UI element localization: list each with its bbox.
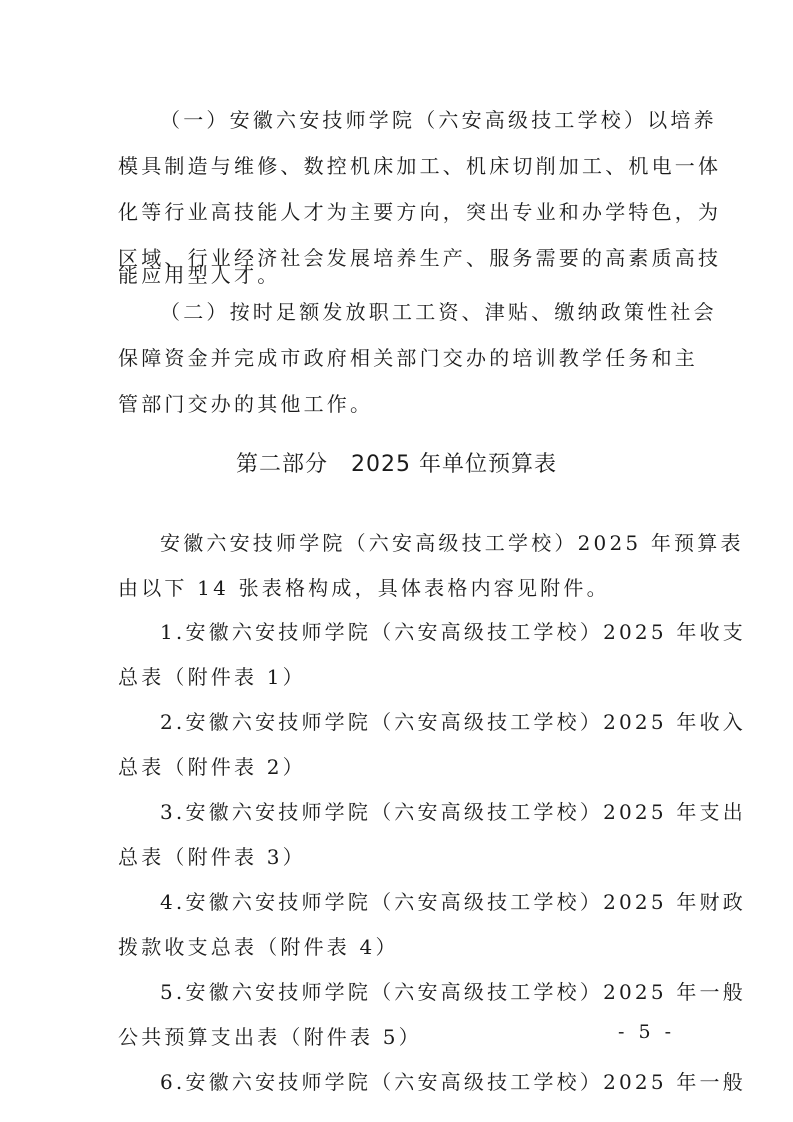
text-line: 由以下 14 张表格构成，具体表格内容见附件。 xyxy=(118,575,678,601)
text-line: （一）安徽六安技师学院（六安高级技工学校）以培养 xyxy=(160,107,720,133)
text-line: 保障资金并完成市政府相关部门交办的培训教学任务和主 xyxy=(118,345,678,371)
text-line: 总表（附件表 3） xyxy=(118,844,678,870)
text-line: （二）按时足额发放职工工资、津贴、缴纳政策性社会 xyxy=(160,299,720,325)
page-number: - 5 - xyxy=(618,1020,675,1044)
text-line: 总表（附件表 1） xyxy=(118,664,678,690)
text-line: 模具制造与维修、数控机床加工、机床切削加工、机电一体 xyxy=(118,153,678,179)
text-line: 总表（附件表 2） xyxy=(118,754,678,780)
text-line: 3.安徽六安技师学院（六安高级技工学校）2025 年支出 xyxy=(160,799,720,825)
text-line: 公共预算支出表（附件表 5） xyxy=(118,1024,678,1050)
section-heading: 第二部分 2025 年单位预算表 xyxy=(0,451,793,479)
text-line: 拨款收支总表（附件表 4） xyxy=(118,934,678,960)
document-page: （一）安徽六安技师学院（六安高级技工学校）以培养 模具制造与维修、数控机床加工、… xyxy=(0,0,793,1122)
text-line: 6.安徽六安技师学院（六安高级技工学校）2025 年一般 xyxy=(160,1069,720,1095)
text-line: 管部门交办的其他工作。 xyxy=(118,391,678,417)
text-line: 4.安徽六安技师学院（六安高级技工学校）2025 年财政 xyxy=(160,889,720,915)
text-line: 化等行业高技能人才为主要方向，突出专业和办学特色，为 xyxy=(118,199,678,225)
text-line: 安徽六安技师学院（六安高级技工学校）2025 年预算表 xyxy=(160,530,720,556)
text-line: 5.安徽六安技师学院（六安高级技工学校）2025 年一般 xyxy=(160,979,720,1005)
text-line: 2.安徽六安技师学院（六安高级技工学校）2025 年收入 xyxy=(160,709,720,735)
text-line: 能应用型人才。 xyxy=(118,262,678,288)
text-line: 1.安徽六安技师学院（六安高级技工学校）2025 年收支 xyxy=(160,619,720,645)
